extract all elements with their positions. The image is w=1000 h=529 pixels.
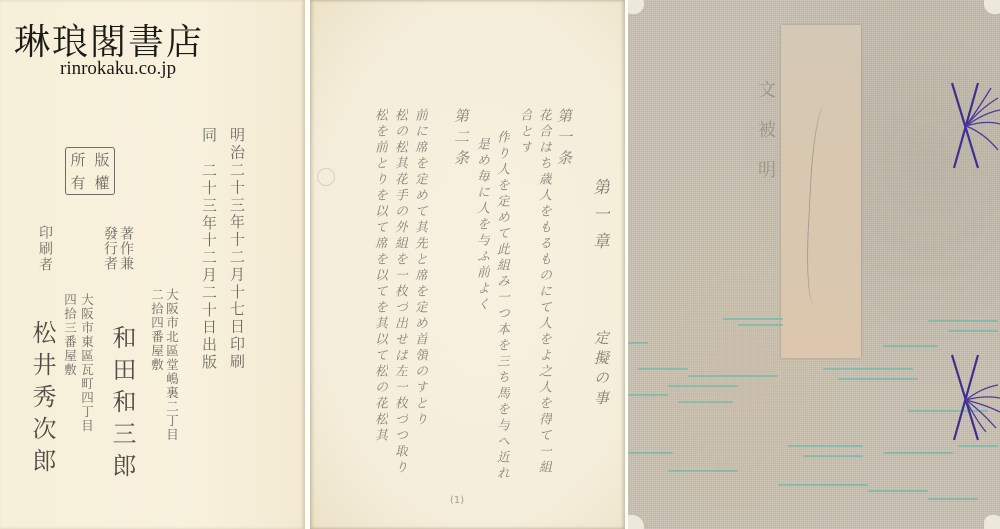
print-date: 明治二十三年十二月十七日印刷 (229, 127, 244, 371)
corner-wear (984, 0, 1000, 14)
article-1-heading: 第一条 (556, 108, 571, 171)
wave-pattern (723, 318, 783, 320)
wave-pattern (803, 455, 863, 457)
wave-pattern (738, 324, 783, 326)
colophon-page: 明治二十三年十二月十七日印刷 同二十三年十二月二十日出版 所 版 有 權 大阪市… (0, 0, 305, 529)
thread-stitch-bottom (946, 350, 1000, 445)
wave-pattern (838, 378, 918, 380)
publisher-role-line1: 著作兼 (119, 226, 133, 271)
wave-pattern (883, 345, 938, 347)
manuscript-line: 合とす (518, 108, 531, 156)
wave-pattern (948, 330, 998, 332)
wave-pattern (883, 452, 953, 454)
thread-stitch-top (946, 78, 1000, 173)
wave-pattern (668, 385, 738, 387)
wave-pattern (628, 394, 668, 396)
wave-pattern (628, 342, 648, 344)
publisher-name: 和田和三郎 (110, 325, 134, 485)
title-slip (781, 25, 861, 358)
wave-pattern (868, 490, 928, 492)
page-number: (1) (450, 495, 464, 506)
publisher-address-line1: 大阪市北區堂嶋裏二丁目 (165, 288, 178, 442)
corner-wear (628, 0, 644, 14)
wave-pattern (628, 452, 673, 454)
wave-pattern (823, 368, 913, 370)
article-2-heading: 第二条 (453, 108, 468, 171)
binding-hole (317, 168, 335, 186)
wave-pattern (668, 470, 738, 472)
corner-wear (984, 515, 1000, 529)
printer-name: 松井秀次郎 (30, 320, 54, 480)
copyright-seal: 所 版 有 權 (65, 147, 115, 195)
manuscript-line: 前に席を定めて其先と席を定め首領のすとり (413, 108, 426, 428)
wave-pattern (958, 445, 998, 447)
wave-pattern (788, 445, 863, 447)
corner-wear (628, 515, 644, 529)
publish-date-value: 二十三年十二月二十日出版 (200, 162, 218, 371)
wave-pattern (928, 320, 998, 322)
publish-date-prefix: 同 (200, 127, 218, 144)
seal-char: 有 (70, 172, 85, 193)
wave-pattern (928, 498, 978, 500)
chapter-title: 第一章 (590, 178, 607, 259)
publish-date: 同二十三年十二月二十日出版 (201, 127, 216, 371)
seal-char: 所 (70, 149, 85, 170)
manuscript-line: 花合はち歳人をもるものにて人をよ之人を得て一組 (537, 108, 550, 476)
seal-char: 版 (94, 149, 109, 170)
publisher-role-line2: 發行者 (103, 226, 117, 271)
wave-pattern (678, 401, 733, 403)
cover-faint-title: 文被明 (752, 80, 778, 200)
printer-address-line2: 四拾三番屋敷 (63, 293, 76, 377)
wave-pattern (638, 368, 688, 370)
publisher-address-line2: 二拾四番屋敷 (150, 288, 163, 372)
manuscript-line: 作り人を定めて此組み一つ本を三ち馬を与へ近れ (495, 130, 508, 482)
book-cover (628, 0, 1000, 529)
slip-faded-text (804, 105, 840, 305)
manuscript-line: 是め毎に人を与ふ前よく (475, 137, 488, 313)
printer-address-line1: 大阪市東區瓦町四丁目 (80, 293, 93, 433)
chapter-subtitle: 定擬の事 (593, 330, 608, 410)
watermark-url: rinrokaku.co.jp (60, 58, 176, 80)
wave-pattern (688, 375, 778, 377)
seal-char: 權 (94, 172, 109, 193)
wave-pattern (778, 484, 868, 486)
printer-role: 印刷者 (38, 225, 52, 273)
manuscript-page (310, 0, 625, 529)
manuscript-line: 松の松其花手の外組を一枚づ出せば左一枚づつ取り (393, 108, 406, 476)
manuscript-line: 松を前とりを以て席を以てを其以て松の花松其 (373, 108, 386, 444)
